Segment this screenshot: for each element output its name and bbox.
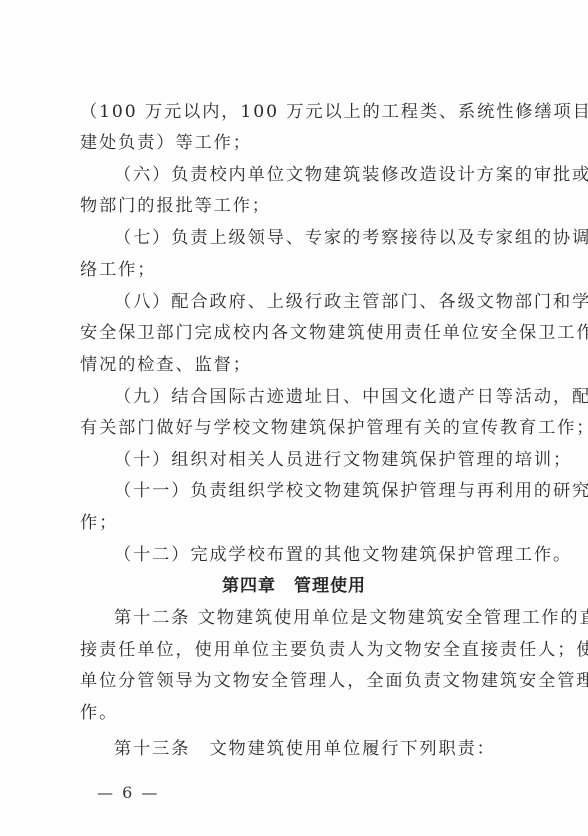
item-six-line: （六）负责校内单位文物建筑装修改造设计方案的审批或文 (114, 164, 524, 186)
chapter-heading: 第四章 管理使用 (0, 575, 588, 597)
paragraph-line: 作。 (80, 702, 524, 724)
paragraph-line: 有关部门做好与学校文物建筑保护管理有关的宣传教育工作； (80, 417, 524, 439)
paragraph-line: 建处负责）等工作； (80, 132, 524, 154)
item-eight-line: （八）配合政府、上级行政主管部门、各级文物部门和学校 (114, 291, 524, 313)
article-thirteen-line: 第十三条 文物建筑使用单位履行下列职责： (114, 738, 524, 760)
paragraph-line: 单位分管领导为文物安全管理人，全面负责文物建筑安全管理工 (80, 670, 524, 692)
item-ten-line: （十）组织对相关人员进行文物建筑保护管理的培训； (114, 449, 524, 471)
paragraph-line: 情况的检查、监督； (80, 354, 524, 376)
paragraph-line: 接责任单位，使用单位主要负责人为文物安全直接责任人；使用 (80, 639, 524, 661)
item-eleven-line: （十一）负责组织学校文物建筑保护管理与再利用的研究工 (114, 480, 524, 502)
page-number: — 6 — (97, 782, 159, 804)
paragraph-line: 安全保卫部门完成校内各文物建筑使用责任单位安全保卫工作 (80, 322, 524, 344)
item-nine-line: （九）结合国际古迹遗址日、中国文化遗产日等活动，配合 (114, 386, 524, 408)
paragraph-line: 络工作； (80, 259, 524, 281)
document-page: （100 万元以内，100 万元以上的工程类、系统性修缮项目由基 建处负责）等工… (0, 0, 588, 836)
item-twelve-line: （十二）完成学校布置的其他文物建筑保护管理工作。 (114, 544, 524, 566)
article-twelve-line: 第十二条 文物建筑使用单位是文物建筑安全管理工作的直 (114, 607, 524, 629)
paragraph-line: 作； (80, 512, 524, 534)
paragraph-line: （100 万元以内，100 万元以上的工程类、系统性修缮项目由基 (80, 101, 524, 123)
item-seven-line: （七）负责上级领导、专家的考察接待以及专家组的协调联 (114, 227, 524, 249)
paragraph-line: 物部门的报批等工作； (80, 195, 524, 217)
